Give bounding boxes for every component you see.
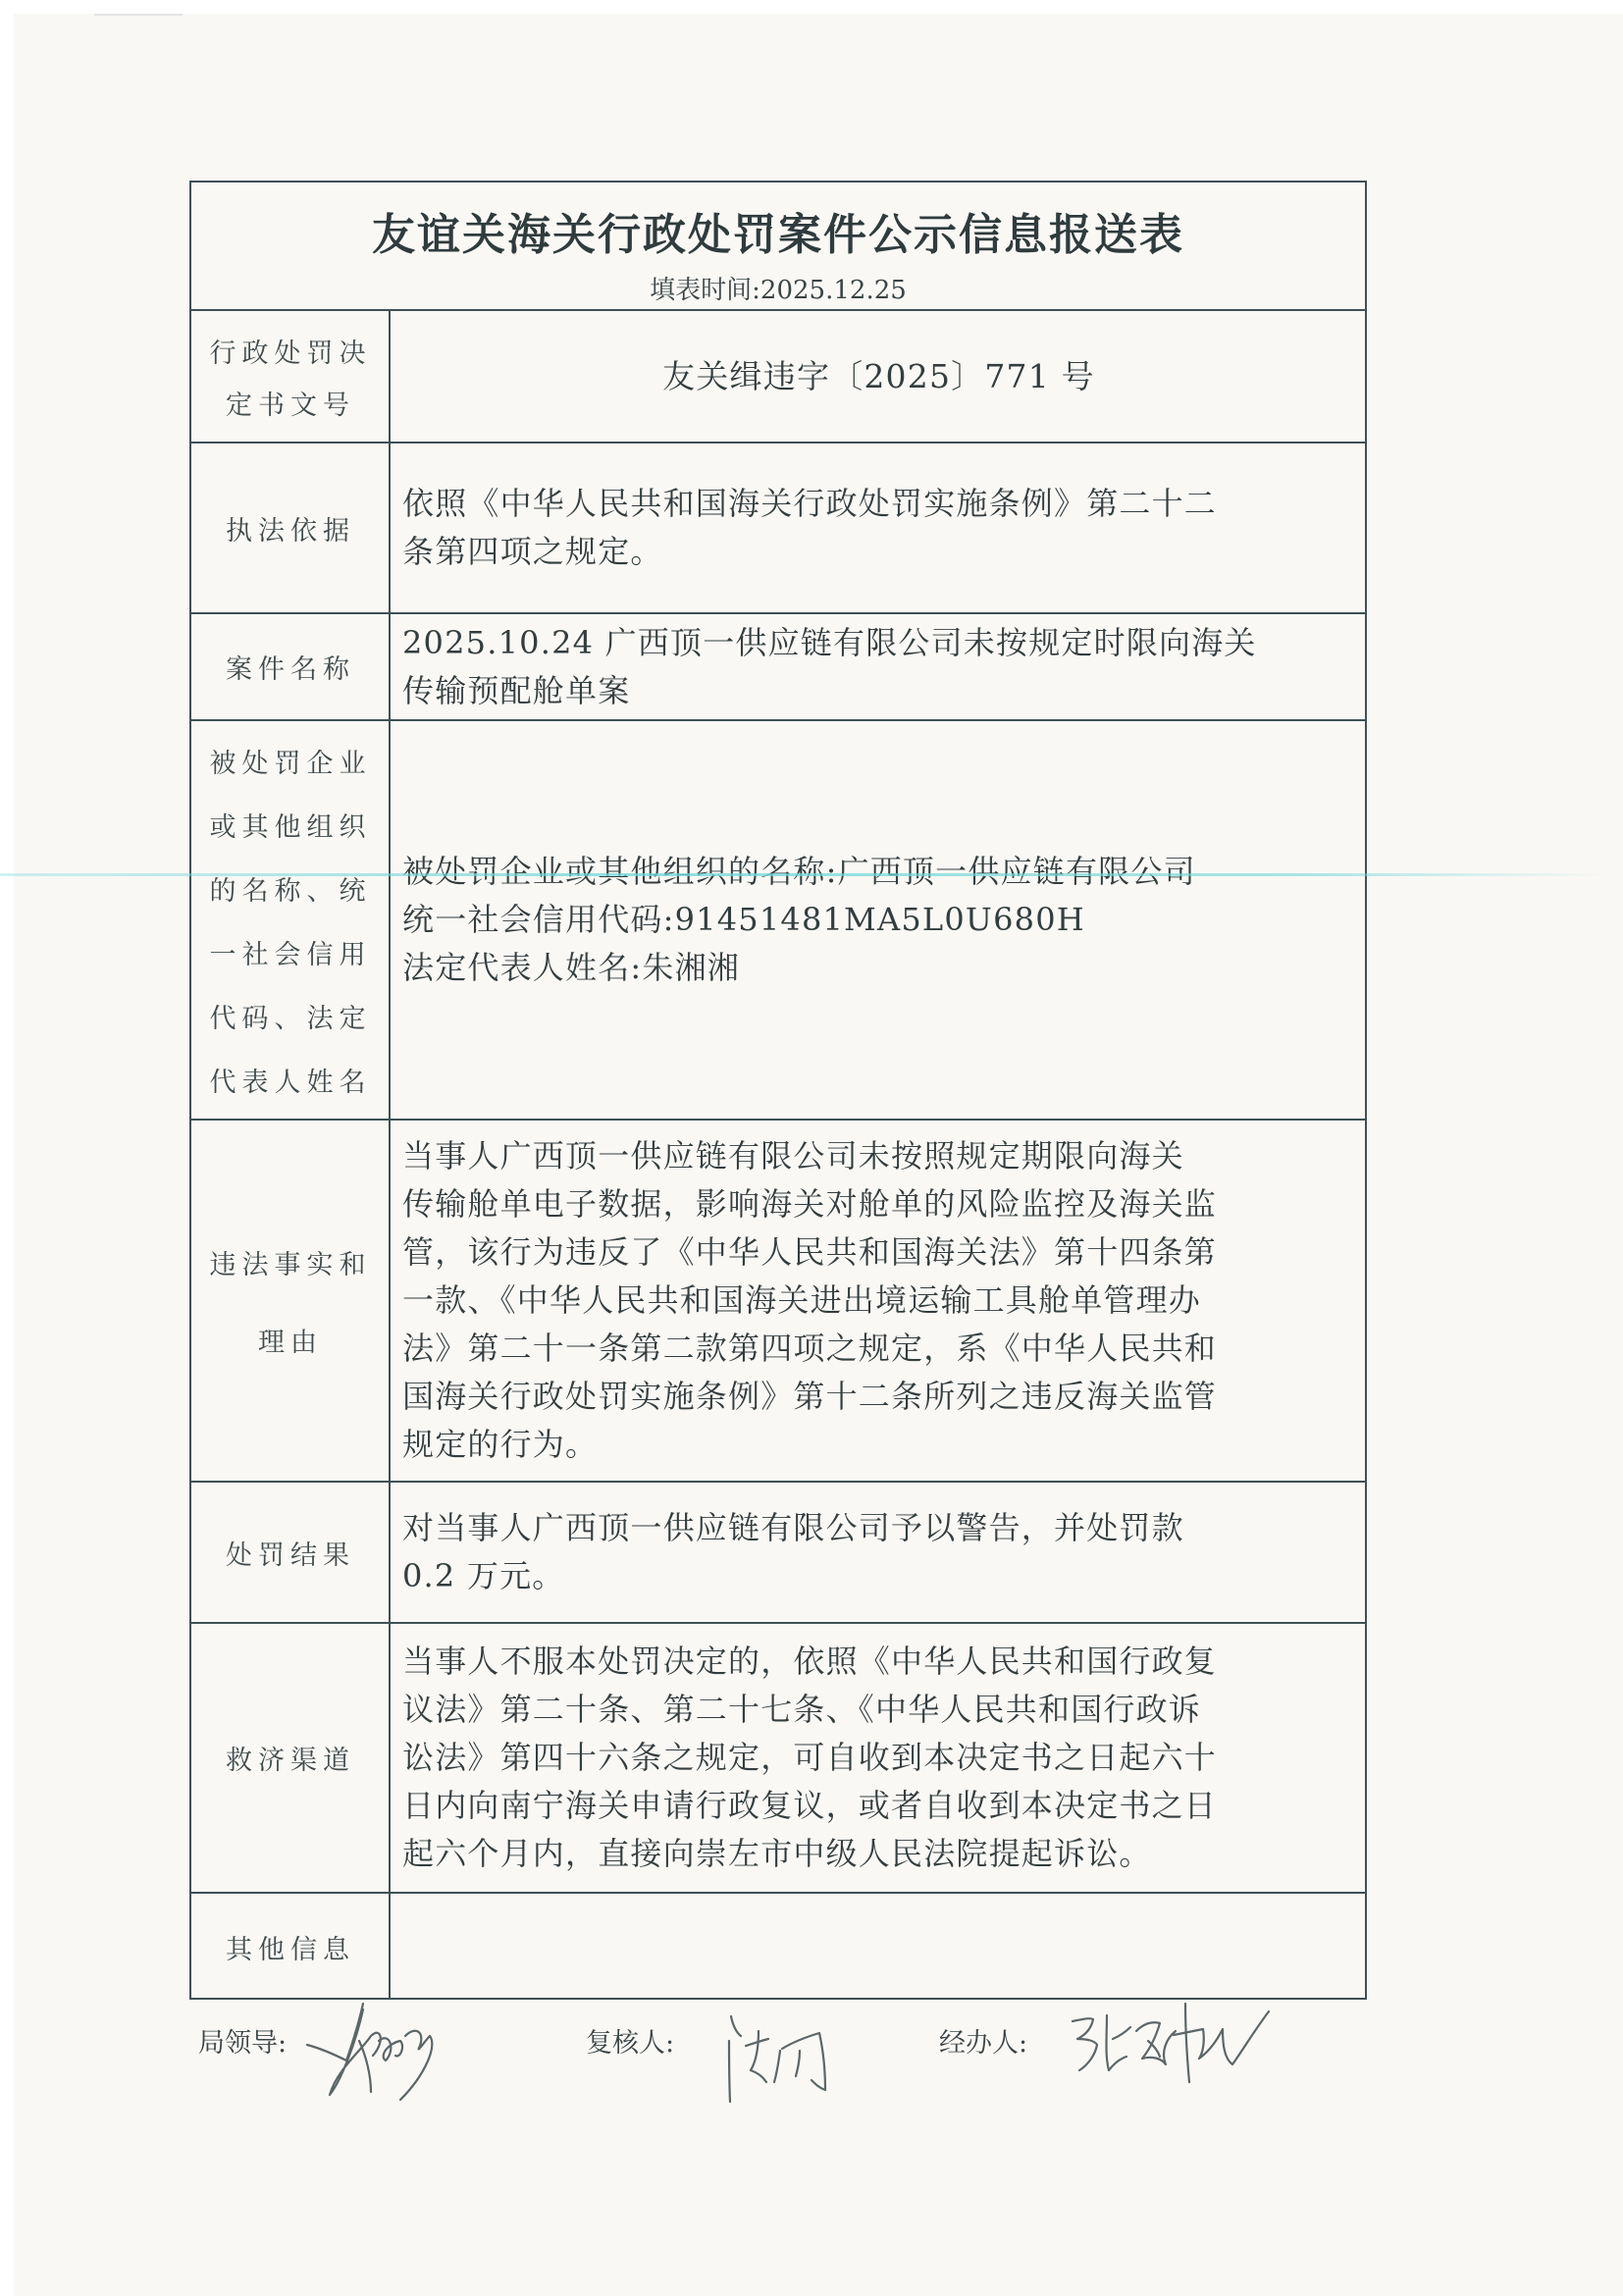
content-line: 国海关行政处罚实施条例》第十二条所列之违反海关监管	[402, 1373, 1359, 1421]
content-line: 讼法》第四十六条之规定，可自收到本决定书之日起六十	[402, 1734, 1359, 1782]
content-line: 对当事人广西顶一供应链有限公司予以警告，并处罚款	[402, 1504, 1359, 1552]
content-line: 起六个月内，直接向崇左市中级人民法院提起诉讼。	[402, 1830, 1359, 1878]
legal-representative: 法定代表人姓名:朱湘湘	[402, 944, 1359, 992]
credit-code: 统一社会信用代码:91451481MA5L0U680H	[402, 896, 1359, 944]
reviewer-label: 复核人:	[586, 2021, 674, 2060]
content-line: 0.2 万元。	[402, 1552, 1359, 1600]
content-remedy-channels: 当事人不服本处罚决定的，依照《中华人民共和国行政复 议法》第二十条、第二十七条、…	[402, 1624, 1359, 1892]
label-line: 行政处罚决	[210, 332, 372, 370]
form-title: 友谊关海关行政处罚案件公示信息报送表	[189, 199, 1367, 262]
content-line: 条第四项之规定。	[402, 528, 1359, 576]
label-line: 案件名称	[226, 648, 355, 686]
label-line: 处罚结果	[226, 1534, 355, 1572]
label-facts-reasons: 违法事实和 理由	[191, 1121, 390, 1481]
bureau-leader-signature	[302, 2002, 445, 2105]
label-penalized-entity: 被处罚企业 或其他组织 的名称、统 一社会信用 代码、法定 代表人姓名	[191, 721, 390, 1119]
label-decision-number: 行政处罚决 定书文号	[191, 311, 390, 442]
fill-date: 填表时间:2025.12.25	[189, 270, 1367, 306]
label-line: 被处罚企业	[210, 742, 372, 780]
decision-number: 友关缉违字〔2025〕771 号	[662, 352, 1095, 400]
handler-label: 经办人:	[939, 2021, 1027, 2060]
content-penalty-result: 对当事人广西顶一供应链有限公司予以警告，并处罚款 0.2 万元。	[402, 1483, 1359, 1622]
label-line: 执法依据	[226, 509, 355, 548]
label-other-info: 其他信息	[191, 1894, 390, 2000]
content-decision-number: 友关缉违字〔2025〕771 号	[391, 311, 1367, 442]
content-case-name: 2025.10.24 广西顶一供应链有限公司未按规定时限向海关 传输预配舱单案	[402, 614, 1359, 719]
label-line: 定书文号	[226, 384, 355, 422]
content-line: 议法》第二十条、第二十七条、《中华人民共和国行政诉	[402, 1686, 1359, 1734]
content-line: 管，该行为违反了《中华人民共和国海关法》第十四条第	[402, 1228, 1359, 1277]
label-line: 理由	[258, 1321, 323, 1359]
content-penalized-entity: 被处罚企业或其他组织的名称:广西顶一供应链有限公司 统一社会信用代码:91451…	[402, 721, 1359, 1119]
content-line: 法》第二十一条第二款第四项之规定，系《中华人民共和	[402, 1325, 1359, 1373]
label-line: 一社会信用	[210, 933, 372, 971]
content-line: 当事人广西顶一供应链有限公司未按照规定期限向海关	[402, 1132, 1359, 1180]
label-case-name: 案件名称	[191, 614, 390, 719]
reviewer-signature	[721, 2011, 839, 2105]
content-line: 当事人不服本处罚决定的，依照《中华人民共和国行政复	[402, 1638, 1359, 1686]
content-line: 一款、《中华人民共和国海关进出境运输工具舱单管理办	[402, 1277, 1359, 1325]
label-remedy-channels: 救济渠道	[191, 1624, 390, 1892]
label-line: 代码、法定	[210, 997, 372, 1035]
bureau-leader-label: 局领导:	[198, 2021, 287, 2060]
handler-signature	[1068, 2002, 1274, 2085]
content-line: 规定的行为。	[402, 1421, 1359, 1469]
entity-name: 被处罚企业或其他组织的名称:广西顶一供应链有限公司	[402, 848, 1359, 896]
content-line: 日内向南宁海关申请行政复议，或者自收到本决定书之日	[402, 1782, 1359, 1830]
content-facts-reasons: 当事人广西顶一供应链有限公司未按照规定期限向海关 传输舱单电子数据，影响海关对舱…	[402, 1121, 1359, 1481]
label-line: 救济渠道	[226, 1739, 355, 1777]
label-line: 代表人姓名	[210, 1061, 372, 1099]
scan-streak	[0, 873, 1609, 876]
label-line: 其他信息	[226, 1928, 355, 1966]
label-legal-basis: 执法依据	[191, 444, 390, 612]
content-line: 依照《中华人民共和国海关行政处罚实施条例》第二十二	[402, 480, 1359, 528]
label-line: 或其他组织	[210, 806, 372, 844]
content-line: 2025.10.24 广西顶一供应链有限公司未按规定时限向海关	[402, 619, 1359, 667]
content-legal-basis: 依照《中华人民共和国海关行政处罚实施条例》第二十二 条第四项之规定。	[402, 444, 1359, 612]
content-line: 传输舱单电子数据，影响海关对舱单的风险监控及海关监	[402, 1180, 1359, 1228]
label-penalty-result: 处罚结果	[191, 1483, 390, 1622]
content-other-info	[402, 1894, 1359, 2000]
scan-artifact	[94, 14, 183, 16]
content-line: 传输预配舱单案	[402, 667, 1359, 715]
label-line: 违法事实和	[210, 1243, 372, 1281]
